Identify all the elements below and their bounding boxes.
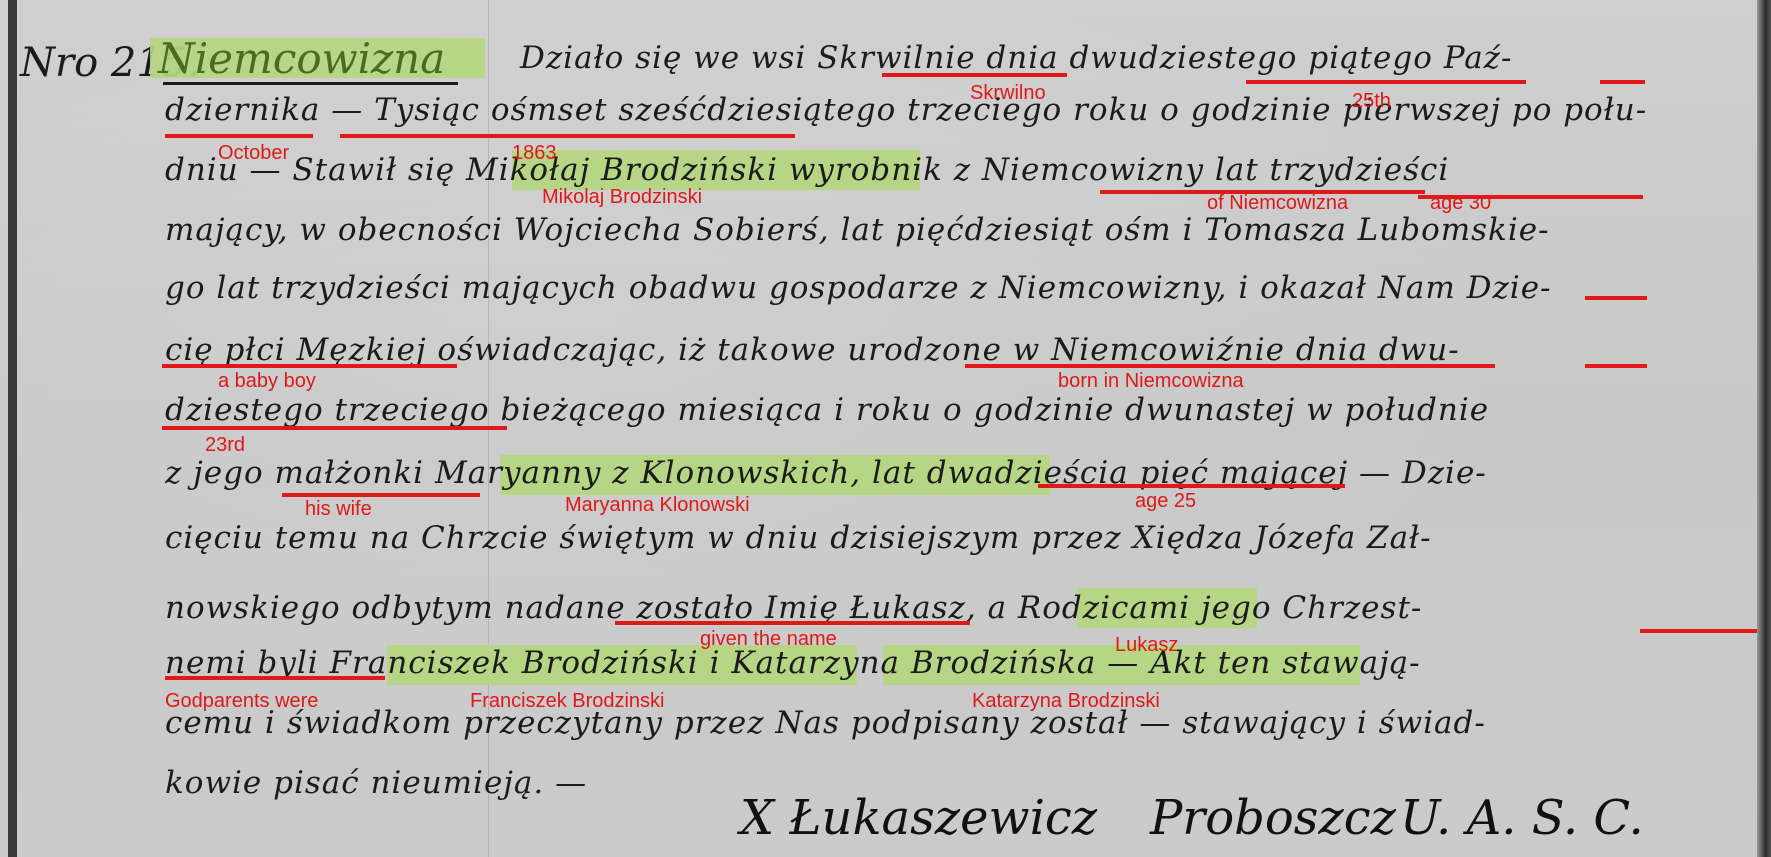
record-line-1: Działo się we wsi Skrwilnie dnia dwudzie… [520, 40, 1512, 76]
underline-named [615, 621, 970, 625]
translation-year: 1863 [512, 142, 557, 165]
underline-child-start [1585, 296, 1647, 300]
underline-place [882, 73, 1067, 77]
village-heading: Niemcowizna [158, 34, 445, 83]
underline-day [1246, 80, 1526, 84]
signature-title: Proboszcz [1150, 790, 1396, 846]
binding-margin-rule [8, 0, 17, 857]
underline-birthday [162, 426, 507, 430]
translation-father: Mikolaj Brodzinski [542, 186, 702, 209]
underline-birthday-start [1585, 364, 1647, 368]
translation-birth-day: 23rd [205, 434, 245, 457]
translation-godfather: Franciszek Brodzinski [470, 690, 665, 713]
page-right-edge [1757, 0, 1771, 857]
signature-priest: X Łukaszewicz [740, 790, 1097, 846]
record-line-12: cemu i świadkom przeczytany przez Nas po… [165, 705, 1486, 741]
record-scan: Nro 215. Niemcowizna Działo się we wsi S… [0, 0, 1771, 857]
underline-godparents [165, 676, 385, 680]
translation-mother: Maryanna Klonowski [565, 494, 750, 517]
underline-wife [282, 493, 480, 497]
translation-child: a baby boy [218, 370, 316, 393]
underline-birthplace [965, 364, 1495, 368]
underline-child [162, 364, 457, 368]
signature-role: U. A. S. C. [1400, 790, 1644, 846]
underline-mother-age [1038, 484, 1345, 488]
translation-father-age: age 30 [1430, 192, 1491, 215]
record-line-6: cię płci Męzkiej oświadczając, iż takowe… [165, 332, 1460, 368]
record-line-13: kowie pisać nieumieją. — [165, 765, 587, 801]
underline-month-start [1600, 80, 1645, 84]
translation-father-origin: of Niemcowizna [1207, 192, 1348, 215]
record-line-2: dziernika — Tysiąc ośmset sześćdziesiąte… [165, 92, 1647, 128]
record-line-9: cięciu temu na Chrzcie świętym w dniu dz… [165, 520, 1432, 556]
underline-year [340, 134, 795, 138]
underline-month [165, 134, 313, 138]
translation-day: 25th [1352, 90, 1391, 113]
translation-godparents: Godparents were [165, 690, 318, 713]
translation-wife: his wife [305, 498, 372, 521]
translation-birthplace: born in Niemcowizna [1058, 370, 1244, 393]
translation-mother-age: age 25 [1135, 490, 1196, 513]
translation-godmother: Katarzyna Brodzinski [972, 690, 1160, 713]
record-line-4: mający, w obecności Wojciecha Sobierś, l… [165, 212, 1550, 248]
translation-place: Skrwilno [970, 82, 1046, 105]
underline-godparents-start [1640, 629, 1757, 633]
translation-named: given the name [700, 628, 837, 651]
record-line-7: dziestego trzeciego bieżącego miesiąca i… [165, 392, 1489, 428]
translation-month: October [218, 142, 289, 165]
record-line-5: go lat trzydzieści mających obadwu gospo… [165, 270, 1552, 306]
record-line-3: dniu — Stawił się Mikołaj Brodziński wyr… [165, 152, 1449, 188]
village-underline [163, 82, 458, 85]
translation-child-name: Lukasz [1115, 634, 1178, 657]
